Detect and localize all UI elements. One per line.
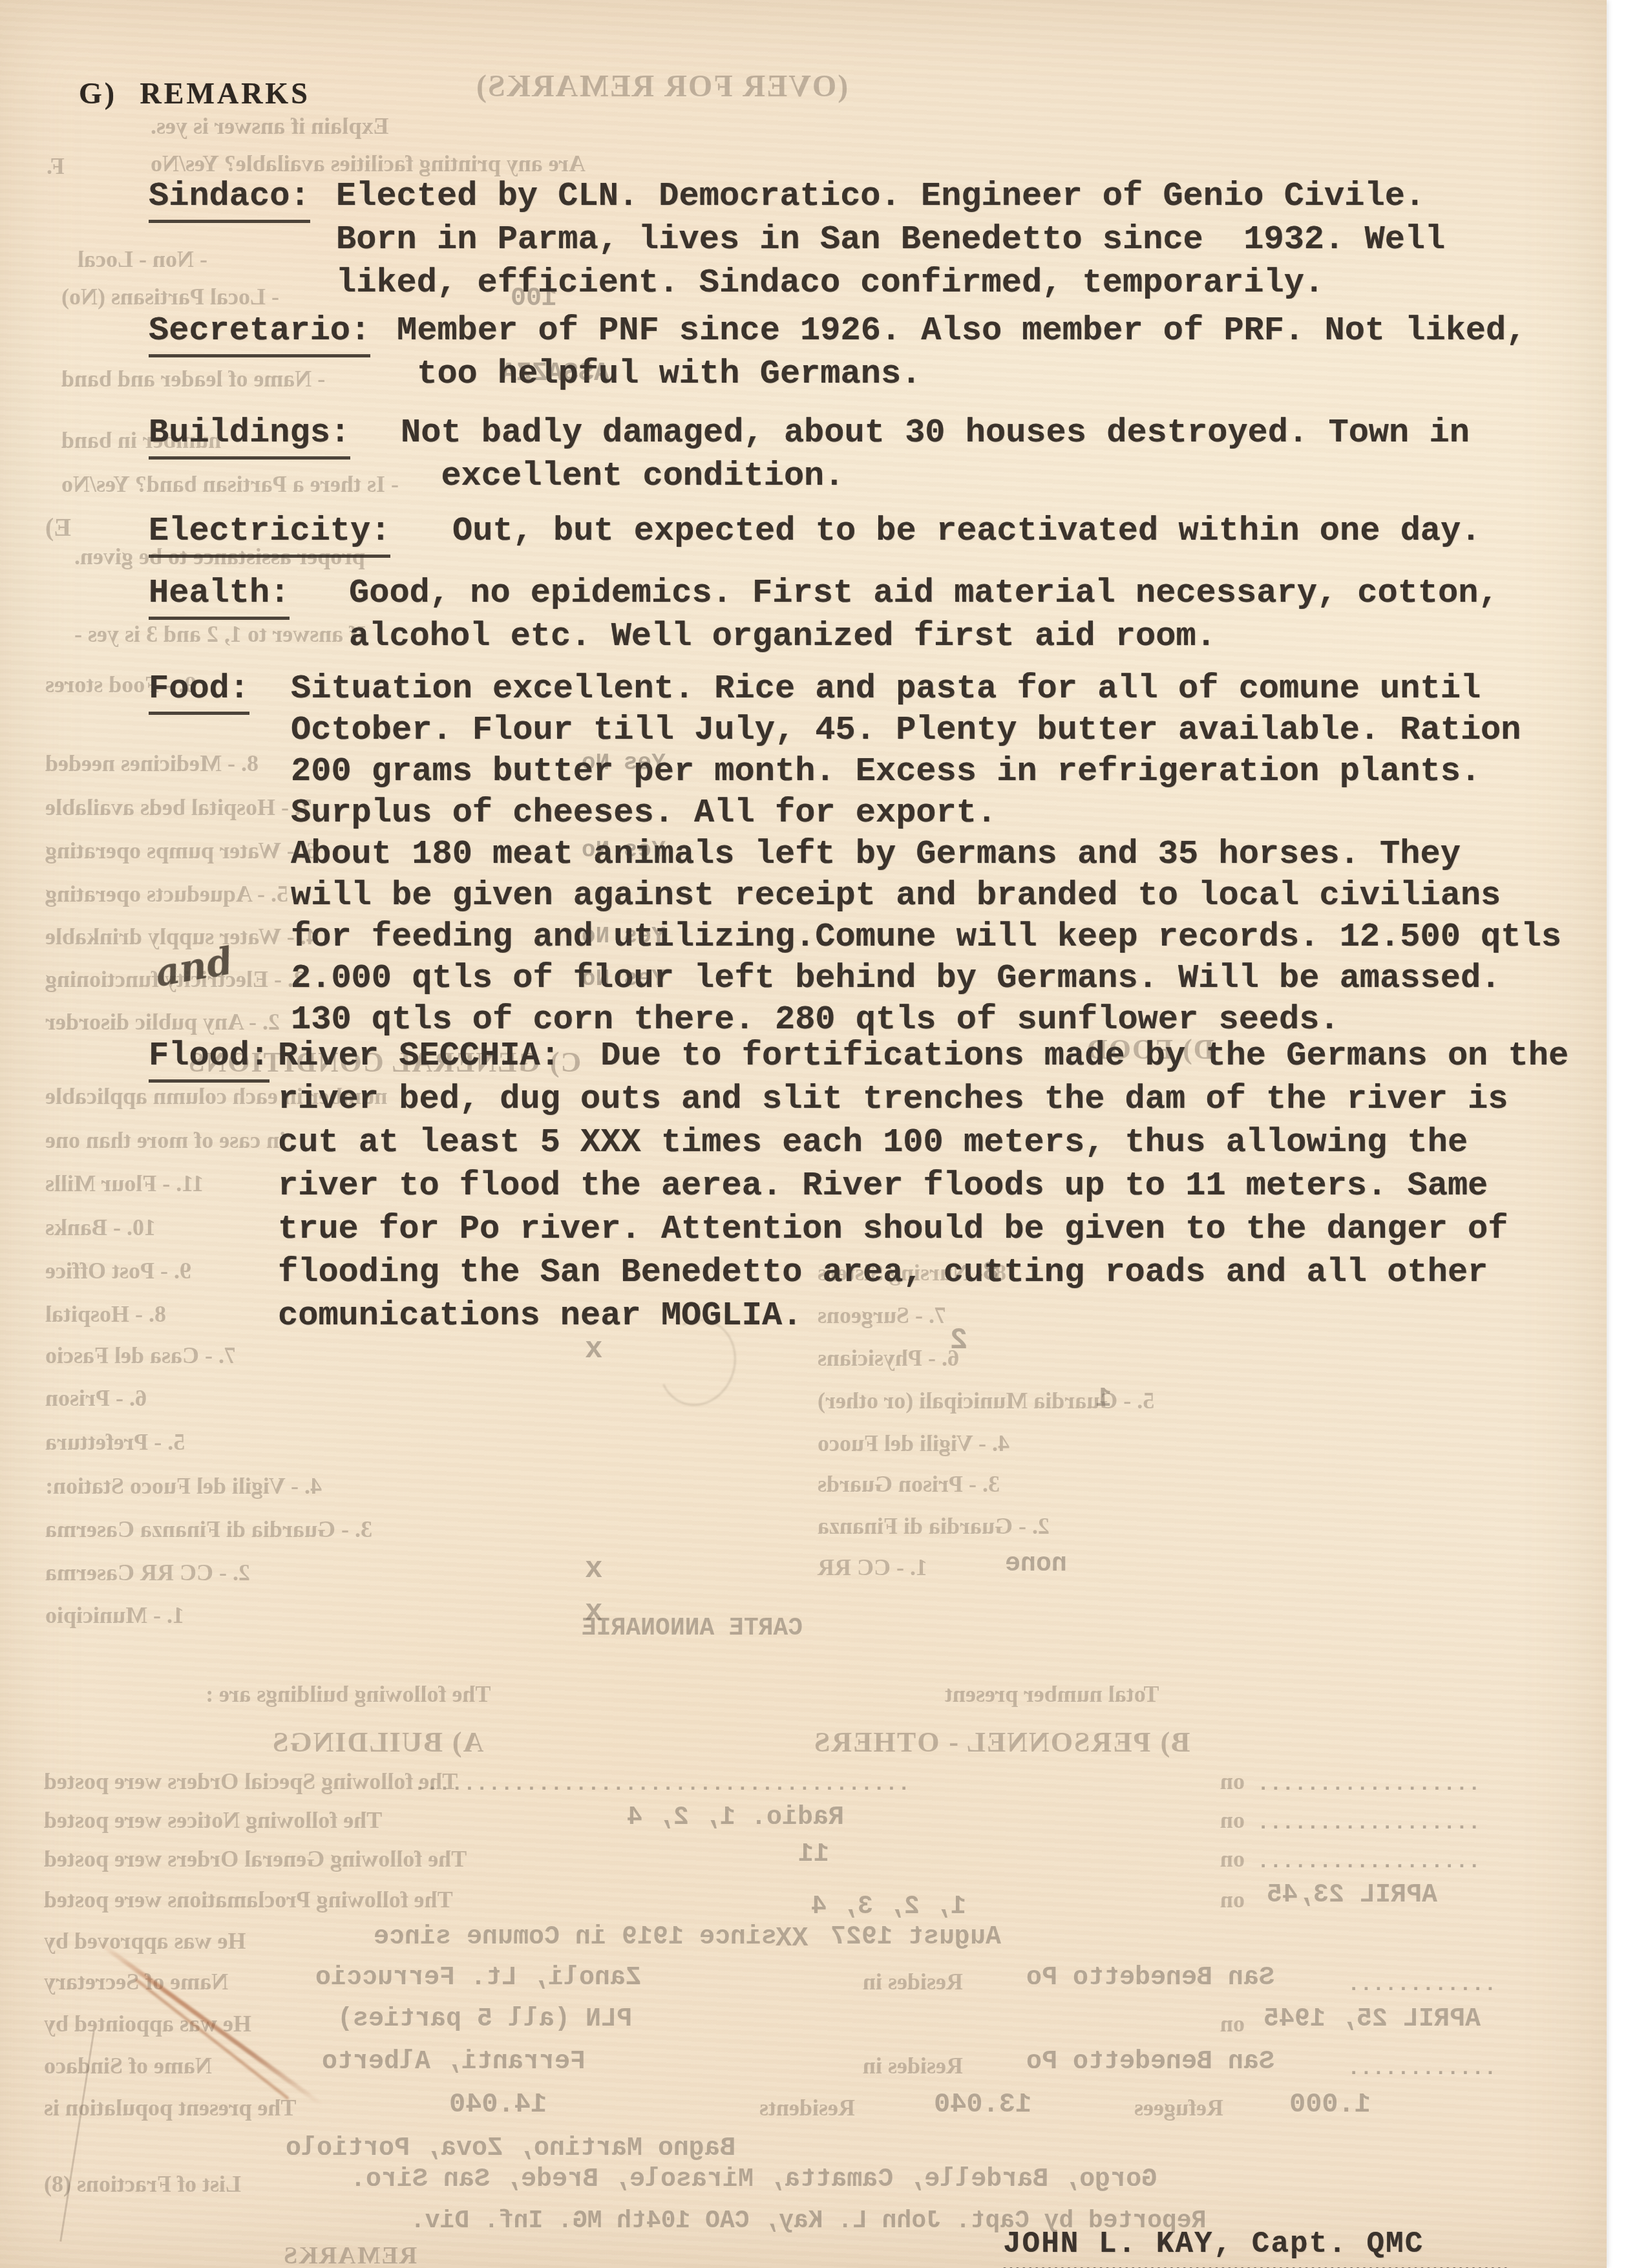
bleedthrough-text: on <box>1220 1845 1245 1872</box>
bleedthrough-text: San Benedetto Po <box>1026 1964 1274 1993</box>
bleedthrough-text: REMARKS <box>282 2242 417 2268</box>
bleedthrough-text: List of Fractions (8) <box>44 2170 241 2198</box>
bleedthrough-text: 1. - CC RR <box>818 1554 927 1581</box>
bleedthrough-text: .................. <box>1257 1772 1481 1796</box>
bleedthrough-text: ............ <box>1347 1973 1496 1997</box>
section-text: Elected by CLN. Democratico. Engineer of… <box>336 175 1445 304</box>
bleedthrough-text: 1.000 <box>1289 2089 1371 2120</box>
bleedthrough-text: The following Proclamations were posted <box>44 1886 453 1913</box>
bleedthrough-text: San Benedetto Po <box>1026 2048 1274 2077</box>
bleedthrough-text: .................. <box>1257 1850 1481 1874</box>
bleedthrough-text: 13.040 <box>934 2089 1031 2120</box>
bleedthrough-text: XX <box>776 1923 808 1954</box>
bleedthrough-text: Resides in <box>863 2052 963 2079</box>
bleedthrough-text: x <box>585 1333 603 1366</box>
bleedthrough-text: on <box>1220 1886 1245 1913</box>
bleedthrough-text: 8. - Hospital <box>45 1300 166 1328</box>
bleedthrough-text: Name of Sindaco <box>44 2052 212 2079</box>
bleedthrough-text: x <box>585 1553 603 1586</box>
bleedthrough-text: August 1927 <box>830 1923 1001 1952</box>
section-label: Buildings: <box>149 411 350 460</box>
section-text: Member of PNF since 1926. Also member of… <box>397 309 1526 396</box>
bleedthrough-text: 11 <box>798 1840 829 1869</box>
section-label: Flood: <box>149 1034 269 1083</box>
section-label: Sindaco: <box>149 175 310 223</box>
bleedthrough-text: none <box>1005 1550 1067 1579</box>
bleedthrough-text: 2. - Guardia di Finanza <box>818 1512 1050 1540</box>
bleedthrough-text: He was approved by <box>44 1927 246 1955</box>
bleedthrough-text: F. <box>47 153 65 180</box>
bleedthrough-text: APRIL 25, 1945 <box>1263 2005 1481 2034</box>
bleedthrough-text: 5. - Prefettura <box>45 1428 185 1456</box>
bleedthrough-text: CARTE ANNONARIE <box>582 1615 803 1642</box>
section-sindaco: Sindaco: Elected by CLN. Democratico. En… <box>149 175 1445 304</box>
bleedthrough-text: 4. - Vigili del Fuoco <box>818 1430 1009 1457</box>
section-text: Good, no epidemics. First aid material n… <box>349 571 1499 658</box>
bleedthrough-text: Refugees <box>1134 2094 1223 2121</box>
section-label: Electricity: <box>149 509 390 558</box>
bleedthrough-text: Radio. 1, 2, 4 <box>627 1803 844 1832</box>
section-label: Health: <box>149 571 290 620</box>
bleedthrough-text: Explain if answer is yes. <box>151 112 388 140</box>
bleedthrough-text: 14.040 <box>449 2089 547 2120</box>
section-label: Secretario: <box>149 309 370 357</box>
bleedthrough-text: 4. - Vigili del Fuoco Station: <box>45 1472 322 1500</box>
section-flood: Flood: River SECCHIA: Due to fortificati… <box>149 1034 1569 1337</box>
section-food: Food: Situation excellent. Rice and past… <box>149 668 1561 1041</box>
bleedthrough-text: E) <box>45 512 71 542</box>
bleedthrough-text: The following General Orders were posted <box>44 1845 467 1872</box>
bleedthrough-text: 7. - Casa del Fascio <box>45 1342 236 1369</box>
bleedthrough-text: B) PERSONNEL - OTHERS <box>813 1726 1190 1759</box>
bleedthrough-text: .................. <box>1257 1811 1481 1835</box>
signature-line: JOHN L. KAY, Capt. QMC <box>1003 2227 1508 2268</box>
bleedthrough-text: 6. - Prison <box>45 1384 147 1412</box>
bleedthrough-text: A) BUILDINGS <box>271 1726 483 1759</box>
bleedthrough-text: Resides in <box>863 1968 963 1995</box>
bleedthrough-text: on <box>1220 1807 1245 1834</box>
bleedthrough-text: ............ <box>1347 2057 1496 2081</box>
bleedthrough-text: PLN (all 5 parties) <box>337 2005 632 2034</box>
scanned-document-page: (OVER FOR REMARKS)Explain if answer is y… <box>0 0 1607 2268</box>
bleedthrough-text: Zanoli, Lt. Ferruccio <box>315 1964 641 1993</box>
bleedthrough-text: 1. - Municipio <box>45 1602 184 1629</box>
section-text: River SECCHIA: Due to fortifications mad… <box>278 1034 1569 1337</box>
section-text: Out, but expected to be reactivated with… <box>452 509 1481 553</box>
bleedthrough-text: The following Special Orders were posted <box>44 1768 458 1795</box>
bleedthrough-text: The following Notices were posted <box>44 1807 382 1834</box>
bleedthrough-text: 3. - Prison Guards <box>818 1470 1000 1498</box>
bleedthrough-text: on <box>1220 1768 1245 1795</box>
section-electricity: Electricity: Out, but expected to be rea… <box>149 509 1481 558</box>
section-health: Health: Good, no epidemics. First aid ma… <box>149 571 1499 658</box>
bleedthrough-text: on <box>1220 2010 1245 2037</box>
section-secretario: Secretario: Member of PNF since 1926. Al… <box>149 309 1526 396</box>
bleedthrough-text: 2. - CC RR Caserma <box>45 1559 250 1586</box>
section-buildings: Buildings: Not badly damaged, about 30 h… <box>149 411 1470 498</box>
bleedthrough-text: 1 <box>1095 1383 1112 1414</box>
bleedthrough-text: Are any printing facilities available? Y… <box>151 150 586 177</box>
bleedthrough-text: The following buildings are : <box>206 1680 491 1708</box>
bleedthrough-text: Residents <box>759 2094 855 2121</box>
section-text: Not badly damaged, about 30 houses destr… <box>401 411 1470 498</box>
section-text: Situation excellent. Rice and pasta for … <box>291 668 1561 1041</box>
bleedthrough-text: since 1919 in Comune since <box>374 1923 777 1952</box>
bleedthrough-text: Bagno Martino, Zova, Portiolo <box>286 2134 735 2163</box>
bleedthrough-text: APRIL 23,45 <box>1267 1881 1437 1910</box>
page-title: G) REMARKS <box>79 76 310 111</box>
bleedthrough-text: 10. - Banks <box>45 1214 156 1241</box>
bleedthrough-text: 6. - Physicians <box>818 1344 959 1372</box>
bleedthrough-text: ........................................ <box>414 1772 910 1796</box>
bleedthrough-text: (OVER FOR REMARKS) <box>475 69 848 104</box>
bleedthrough-text: 3. - Guardia di Finanza Caserma <box>45 1516 372 1543</box>
section-label: Food: <box>149 668 249 715</box>
bleedthrough-text: Gorgo, Bardelle, Camatta, Mirasole, Bred… <box>350 2165 1157 2194</box>
bleedthrough-text: Ferranti, Alberto <box>322 2048 586 2077</box>
bleedthrough-text: 1, 2, 3, 4 <box>811 1892 966 1922</box>
bleedthrough-text: Total number present <box>945 1680 1159 1708</box>
